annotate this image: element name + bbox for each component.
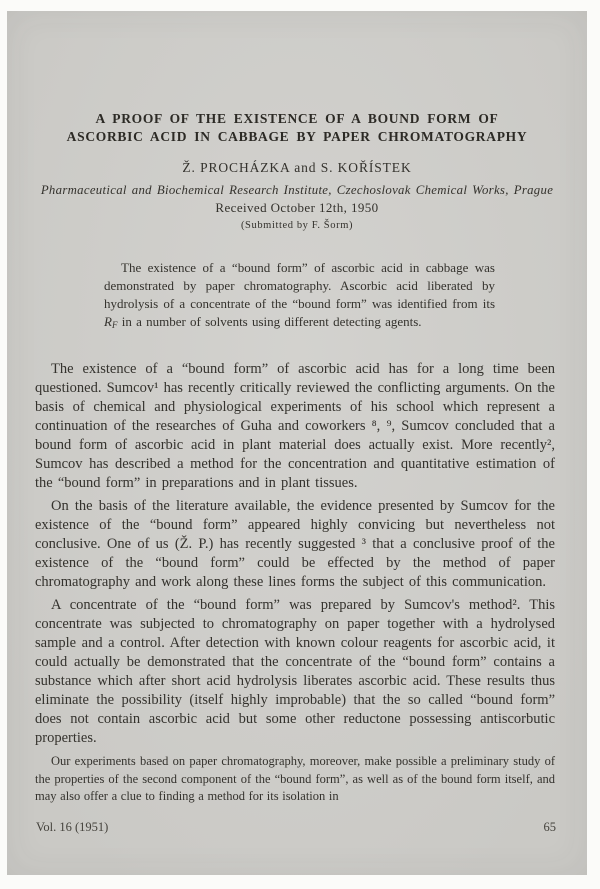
body-paragraph-1: The existence of a “bound form” of ascor… [35,360,555,493]
affiliation-line: Pharmaceutical and Biochemical Research … [7,183,587,198]
body-paragraph-3: A concentrate of the “bound form” was pr… [35,596,555,748]
small-print-paragraph: Our experiments based on paper chromatog… [35,753,555,806]
received-date-line: Received October 12th, 1950 [7,200,587,216]
footer-volume: Vol. 16 (1951) [36,820,108,835]
submitted-by-line: (Submitted by F. Šorm) [7,220,587,231]
page-footer: Vol. 16 (1951) 65 [36,820,556,835]
title-line-1: A PROOF OF THE EXISTENCE OF A BOUND FORM… [95,111,498,126]
abstract-part-1: The existence of a “bound form” of ascor… [104,260,495,311]
footer-page-number: 65 [544,820,557,835]
rf-base: R [104,314,112,329]
scanned-paper-page: A PROOF OF THE EXISTENCE OF A BOUND FORM… [7,11,587,875]
abstract-text: The existence of a “bound form” of ascor… [104,259,495,334]
authors-line: Ž. PROCHÁZKA and S. KOŘÍSTEK [7,160,587,176]
rf-symbol: RF [104,314,117,329]
article-body: The existence of a “bound form” of ascor… [35,360,555,806]
abstract-part-2: in a number of solvents using different … [117,314,421,329]
title-line-2: ASCORBIC ACID IN CABBAGE BY PAPER CHROMA… [67,129,528,144]
body-paragraph-2: On the basis of the literature available… [35,497,555,592]
page-title: A PROOF OF THE EXISTENCE OF A BOUND FORM… [7,11,587,146]
